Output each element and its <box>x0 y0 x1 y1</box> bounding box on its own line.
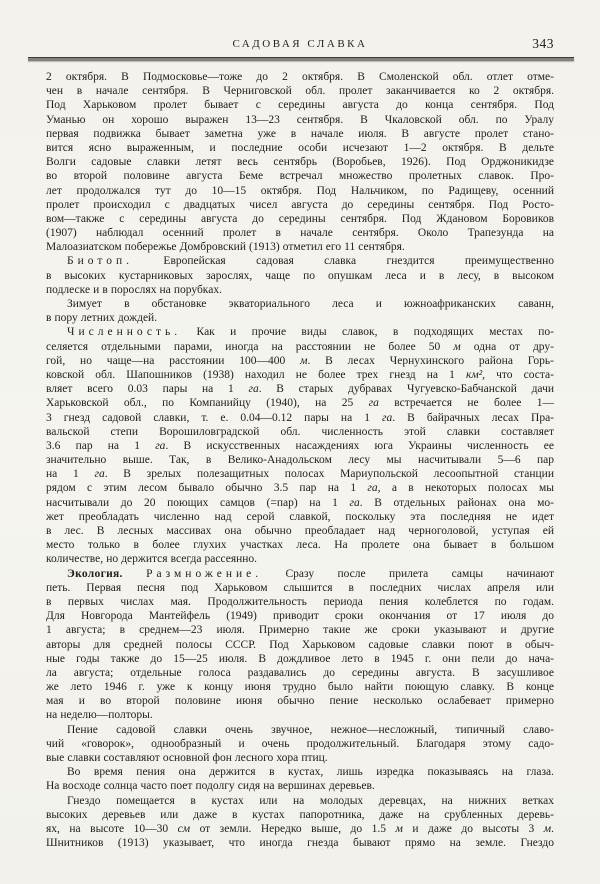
text-line: Пение садовой славки очень звучное, нежн… <box>46 723 554 737</box>
paragraph: Зимует в обстановке экваториального леса… <box>46 297 554 325</box>
text-line: вальской степи Ворошиловградской обл. чи… <box>46 425 554 439</box>
text-line: насчитывали до 20 поющих самцов (=пар) н… <box>46 496 554 510</box>
paragraph: Биотоп. Европейская садовая славка гнезд… <box>46 254 554 297</box>
text-line: в первых числах мая. Продолжительность п… <box>46 595 554 609</box>
text-line: Гнездо помещается в кустах или на молоды… <box>46 794 554 808</box>
running-head: САДОВАЯ СЛАВКА 343 <box>0 38 600 56</box>
text-body: 2 октября. В Подмосковье—тоже до 2 октяб… <box>46 70 554 850</box>
text-line: на 1 га. В зрелых полезащитных полосах М… <box>46 467 554 481</box>
text-line: лет продолжался тут до 10—15 октября. По… <box>46 184 554 198</box>
text-line: ях, на высоте 10—30 см от земли. Нередко… <box>46 822 554 836</box>
text-line: Биотоп. Европейская садовая славка гнезд… <box>46 254 554 268</box>
text-line: пролет происходил с двадцатых чисел авгу… <box>46 198 554 212</box>
text-line: во второй половине августа Беме встречал… <box>46 169 554 183</box>
text-line: чий «говорок», однообразный и очень прод… <box>46 737 554 751</box>
text-line: авторы для средней полосы СССР. Под Харь… <box>46 638 554 652</box>
text-line: петь. Первая песня под Харьковом слышитс… <box>46 581 554 595</box>
text-line: 3 гнезд садовой славки, т. е. 0.04—0.12 … <box>46 411 554 425</box>
text-line: количестве, но держится всегда рассеянно… <box>46 552 554 566</box>
text-line: Малоазиатском побережье Домбровский (191… <box>46 240 554 254</box>
text-line: селяется отдельными парами, иногда на ра… <box>46 340 554 354</box>
text-line: первая подвижка бывает заметна уже в нач… <box>46 127 554 141</box>
text-line: чен в начале сентября. В Черниговской об… <box>46 84 554 98</box>
paragraph: Экология. Размножение. Сразу после приле… <box>46 567 554 723</box>
text-line: Экология. Размножение. Сразу после приле… <box>46 567 554 581</box>
text-line: вые славки составляют основной фон лесно… <box>46 751 554 765</box>
page: САДОВАЯ СЛАВКА 343 2 октября. В Подмоско… <box>0 0 600 884</box>
paragraph: Во время пения она держится в кустах, ли… <box>46 765 554 793</box>
text-line: Шнитников (1913) указывает, что иногда г… <box>46 836 554 850</box>
text-line: вляет всего 0.03 пары на 1 га. В старых … <box>46 382 554 396</box>
paragraph: Пение садовой славки очень звучное, нежн… <box>46 723 554 766</box>
text-line: вится ясно выраженным, и последние особи… <box>46 141 554 155</box>
text-line: Под Харьковом пролет бывает с середины а… <box>46 98 554 112</box>
text-line: Харьковской обл., по Компанийцу (1940), … <box>46 396 554 410</box>
text-line: место только в более глухих участках лес… <box>46 538 554 552</box>
text-line: подлеске и в порослях на порубках. <box>46 283 554 297</box>
text-line: же лето 1946 г. уже к концу июня трудно … <box>46 680 554 694</box>
text-line: Волги садовые славки летят весь сентябрь… <box>46 155 554 169</box>
text-line: Для Новгорода Мантейфель (1949) приводит… <box>46 609 554 623</box>
text-line: высоких деревьев или даже в кустах папор… <box>46 808 554 822</box>
text-line: (1907) наблюдал осенний пролет в начале … <box>46 226 554 240</box>
text-line: Во время пения она держится в кустах, ли… <box>46 765 554 779</box>
text-line: ла августа; отдельные голоса раздавались… <box>46 666 554 680</box>
text-line: ковской обл. Шапошников (1938) находил н… <box>46 368 554 382</box>
text-line: Уманью он хорошо выражен 13—23 сентября.… <box>46 113 554 127</box>
text-line: в пору летних дождей. <box>46 311 554 325</box>
text-line: Зимует в обстановке экваториального леса… <box>46 297 554 311</box>
text-line: 2 октября. В Подмосковье—тоже до 2 октяб… <box>46 70 554 84</box>
text-line: мая и во второй половине июня обычно пен… <box>46 694 554 708</box>
text-line: 3.6 пар на 1 га. В искусственных насажде… <box>46 439 554 453</box>
text-line: рядом с этим лесом бывало обычно 3.5 пар… <box>46 481 554 495</box>
text-line: гой, но чаще—на расстоянии 100—400 м. В … <box>46 354 554 368</box>
paragraph: 2 октября. В Подмосковье—тоже до 2 октяб… <box>46 70 554 254</box>
text-line: в высоких кустарниковых зарослях, чаще п… <box>46 269 554 283</box>
text-line: вом—также с середины августа до середины… <box>46 212 554 226</box>
text-line: Численность. Как и прочие виды славок, в… <box>46 325 554 339</box>
header-rule <box>28 57 574 61</box>
text-line: жет преобладать численно над серой славк… <box>46 510 554 524</box>
text-line: ные годы также до 15—25 июля. В дождливо… <box>46 652 554 666</box>
paragraph: Гнездо помещается в кустах или на молоды… <box>46 794 554 851</box>
running-head-title: САДОВАЯ СЛАВКА <box>0 38 600 50</box>
page-number: 343 <box>532 36 554 52</box>
text-line: 1 августа; в среднем—23 июля. Примерно т… <box>46 623 554 637</box>
text-line: на неделю—полторы. <box>46 708 554 722</box>
text-line: в лес. В лесных массивах она обычно прео… <box>46 524 554 538</box>
text-line: значительно выше. Так, в Велико-Анадольс… <box>46 453 554 467</box>
paragraph: Численность. Как и прочие виды славок, в… <box>46 325 554 566</box>
text-line: На восходе солнца часто поет подолгу сид… <box>46 779 554 793</box>
